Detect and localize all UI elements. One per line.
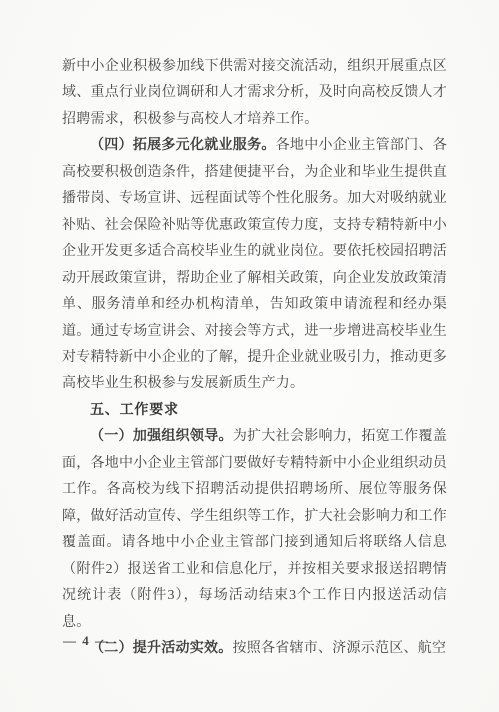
- paragraph-item-four: （四）拓展多元化就业服务。各地中小企业主管部门、各高校要积极创造条件，搭建便捷平…: [62, 133, 447, 398]
- paragraph-text: 按照各省辖市、济源示范区、航空: [233, 641, 447, 656]
- paragraph-lead: （一）加强组织领导。: [90, 429, 233, 444]
- page-number: — 4 —: [63, 633, 110, 649]
- paragraph-lead: （二）提升活动实效。: [90, 641, 233, 656]
- paragraph-item-two: （二）提升活动实效。按照各省辖市、济源示范区、航空: [62, 636, 447, 662]
- paragraph-text: 为扩大社会影响力，拓宽工作覆盖面，各地中小企业主管部门要做好专精特新中小企业组织…: [62, 429, 447, 629]
- section-heading: 五、工作要求: [62, 398, 447, 424]
- paragraph-item-one: （一）加强组织领导。为扩大社会影响力，拓宽工作覆盖面，各地中小企业主管部门要做好…: [62, 424, 447, 636]
- document-page: 新中小企业积极参加线下供需对接交流活动，组织开展重点区域、重点行业岗位调研和人才…: [0, 0, 499, 712]
- paragraph-continuation: 新中小企业积极参加线下供需对接交流活动，组织开展重点区域、重点行业岗位调研和人才…: [62, 54, 447, 133]
- paragraph-text: 新中小企业积极参加线下供需对接交流活动，组织开展重点区域、重点行业岗位调研和人才…: [62, 59, 447, 127]
- paragraph-text: 各地中小企业主管部门、各高校要积极创造条件，搭建便捷平台，为企业和毕业生提供直播…: [62, 138, 447, 391]
- document-body: 新中小企业积极参加线下供需对接交流活动，组织开展重点区域、重点行业岗位调研和人才…: [62, 54, 447, 662]
- paragraph-lead: （四）拓展多元化就业服务。: [90, 138, 276, 153]
